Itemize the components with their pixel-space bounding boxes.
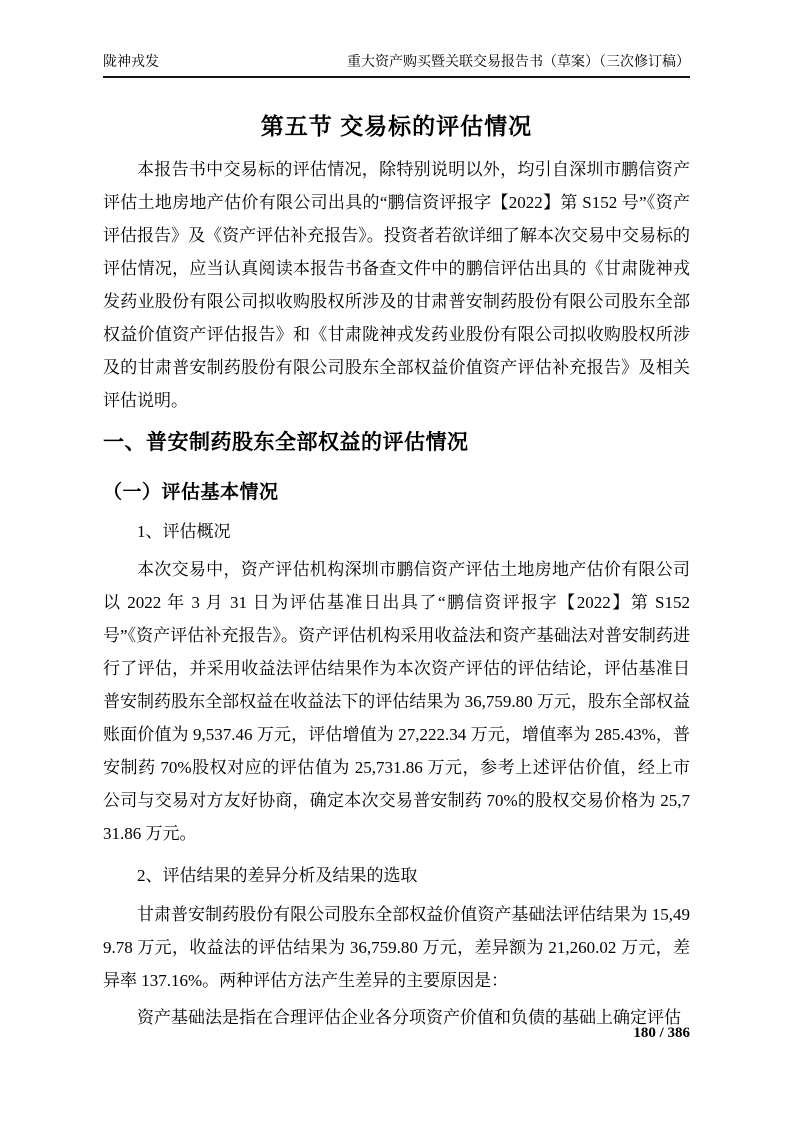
page-title: 第五节 交易标的评估情况	[103, 111, 690, 141]
paragraph-asset-basis-method: 资产基础法是指在合理评估企业各分项资产价值和负债的基础上确定评估	[103, 1001, 690, 1034]
paragraph-valuation-overview: 本次交易中，资产评估机构深圳市鹏信资产评估土地房地产估价有限公司以 2022 年…	[103, 553, 690, 850]
item-heading-valuation-overview: 1、评估概况	[103, 515, 690, 548]
paragraph-difference-analysis: 甘肃普安制药股份有限公司股东全部权益价值资产基础法评估结果为 15,499.78…	[103, 898, 690, 997]
header-report-title: 重大资产购买暨关联交易报告书（草案）（三次修订稿）	[347, 53, 690, 72]
header-company-name: 陇神戎发	[103, 53, 159, 72]
subsection-heading-basic-situation: （一）评估基本情况	[103, 480, 690, 506]
page-number: 180 / 386	[633, 1024, 690, 1042]
section-heading-equity-valuation: 一、普安制药股东全部权益的评估情况	[103, 429, 690, 457]
item-heading-difference-analysis: 2、评估结果的差异分析及结果的选取	[103, 859, 690, 892]
page-header: 陇神戎发 重大资产购买暨关联交易报告书（草案）（三次修订稿）	[103, 0, 690, 78]
document-page: 陇神戎发 重大资产购买暨关联交易报告书（草案）（三次修订稿） 第五节 交易标的评…	[0, 0, 793, 1122]
intro-paragraph: 本报告书中交易标的评估情况，除特别说明以外，均引自深圳市鹏信资产评估土地房地产估…	[103, 153, 690, 417]
